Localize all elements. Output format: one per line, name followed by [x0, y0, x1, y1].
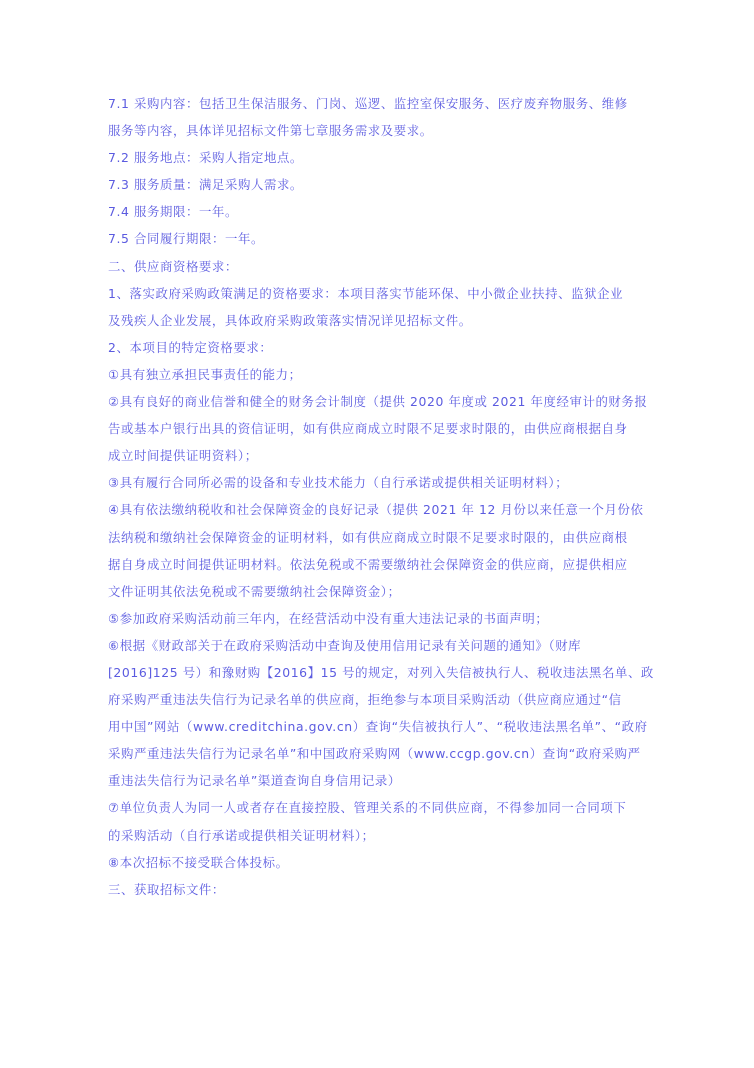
paragraph-item-3: ③具有履行合同所必需的设备和专业技术能力（自行承诺或提供相关证明材料）；	[108, 469, 644, 496]
text-line: ⑧本次招标不接受联合体投标。	[108, 849, 644, 876]
paragraph-item-5: ⑤参加政府采购活动前三年内，在经营活动中没有重大违法记录的书面声明；	[108, 605, 644, 632]
text-line: 府采购严重违法失信行为记录名单的供应商，拒绝参与本项目采购活动（供应商应通过“信	[108, 686, 644, 713]
text-line: 采购严重违法失信行为记录名单”和中国政府采购网（www.ccgp.gov.cn）…	[108, 740, 644, 767]
paragraph-item-1: ①具有独立承担民事责任的能力；	[108, 361, 644, 388]
text-line: [2016]125 号）和豫财购【2016】15 号的规定，对列入失信被执行人、…	[108, 659, 644, 686]
text-line: 7.4 服务期限：一年。	[108, 198, 644, 225]
text-line: 7.5 合同履行期限：一年。	[108, 225, 644, 252]
text-line: 的采购活动（自行承诺或提供相关证明材料）；	[108, 822, 644, 849]
text-line: 7.1 采购内容：包括卫生保洁服务、门岗、巡逻、监控室保安服务、医疗废弃物服务、…	[108, 90, 644, 117]
text-line: ④具有依法缴纳税收和社会保障资金的良好记录（提供 2021 年 12 月份以来任…	[108, 496, 644, 523]
paragraph-item-2: ②具有良好的商业信誉和健全的财务会计制度（提供 2020 年度或 2021 年度…	[108, 388, 644, 469]
text-line: ③具有履行合同所必需的设备和专业技术能力（自行承诺或提供相关证明材料）；	[108, 469, 644, 496]
text-line: 三、获取招标文件：	[108, 876, 644, 903]
text-line: 及残疾人企业发展，具体政府采购政策落实情况详见招标文件。	[108, 307, 644, 334]
paragraph-section-3: 三、获取招标文件：	[108, 876, 644, 903]
text-line: 文件证明其依法免税或不需要缴纳社会保障资金）；	[108, 578, 644, 605]
text-line: 用中国”网站（www.creditchina.gov.cn）查询“失信被执行人”…	[108, 713, 644, 740]
paragraph-item-4: ④具有依法缴纳税收和社会保障资金的良好记录（提供 2021 年 12 月份以来任…	[108, 496, 644, 604]
paragraph-req-1: 1、落实政府采购政策满足的资格要求：本项目落实节能环保、中小微企业扶持、监狱企业…	[108, 280, 644, 334]
text-line: 重违法失信行为记录名单”渠道查询自身信用记录）	[108, 767, 644, 794]
text-line: 2、本项目的特定资格要求：	[108, 334, 644, 361]
text-line: ①具有独立承担民事责任的能力；	[108, 361, 644, 388]
paragraph-req-2: 2、本项目的特定资格要求：	[108, 334, 644, 361]
text-line: 1、落实政府采购政策满足的资格要求：本项目落实节能环保、中小微企业扶持、监狱企业	[108, 280, 644, 307]
text-line: 服务等内容，具体详见招标文件第七章服务需求及要求。	[108, 117, 644, 144]
document-body: 7.1 采购内容：包括卫生保洁服务、门岗、巡逻、监控室保安服务、医疗废弃物服务、…	[108, 90, 644, 903]
text-line: 二、供应商资格要求：	[108, 253, 644, 280]
paragraph-7-5: 7.5 合同履行期限：一年。	[108, 225, 644, 252]
text-line: ⑦单位负责人为同一人或者存在直接控股、管理关系的不同供应商，不得参加同一合同项下	[108, 794, 644, 821]
text-line: 告或基本户银行出具的资信证明，如有供应商成立时限不足要求时限的，由供应商根据自身	[108, 415, 644, 442]
text-line: ②具有良好的商业信誉和健全的财务会计制度（提供 2020 年度或 2021 年度…	[108, 388, 644, 415]
paragraph-section-2: 二、供应商资格要求：	[108, 253, 644, 280]
text-line: ⑥根据《财政部关于在政府采购活动中查询及使用信用记录有关问题的通知》（财库	[108, 632, 644, 659]
text-line: 据自身成立时间提供证明材料。依法免税或不需要缴纳社会保障资金的供应商，应提供相应	[108, 551, 644, 578]
text-line: ⑤参加政府采购活动前三年内，在经营活动中没有重大违法记录的书面声明；	[108, 605, 644, 632]
paragraph-item-8: ⑧本次招标不接受联合体投标。	[108, 849, 644, 876]
text-line: 法纳税和缴纳社会保障资金的证明材料，如有供应商成立时限不足要求时限的，由供应商根	[108, 524, 644, 551]
paragraph-7-3: 7.3 服务质量：满足采购人需求。	[108, 171, 644, 198]
paragraph-item-6: ⑥根据《财政部关于在政府采购活动中查询及使用信用记录有关问题的通知》（财库[20…	[108, 632, 644, 795]
paragraph-7-1: 7.1 采购内容：包括卫生保洁服务、门岗、巡逻、监控室保安服务、医疗废弃物服务、…	[108, 90, 644, 144]
paragraph-7-4: 7.4 服务期限：一年。	[108, 198, 644, 225]
paragraph-item-7: ⑦单位负责人为同一人或者存在直接控股、管理关系的不同供应商，不得参加同一合同项下…	[108, 794, 644, 848]
text-line: 7.3 服务质量：满足采购人需求。	[108, 171, 644, 198]
text-line: 成立时间提供证明资料）；	[108, 442, 644, 469]
paragraph-7-2: 7.2 服务地点：采购人指定地点。	[108, 144, 644, 171]
text-line: 7.2 服务地点：采购人指定地点。	[108, 144, 644, 171]
